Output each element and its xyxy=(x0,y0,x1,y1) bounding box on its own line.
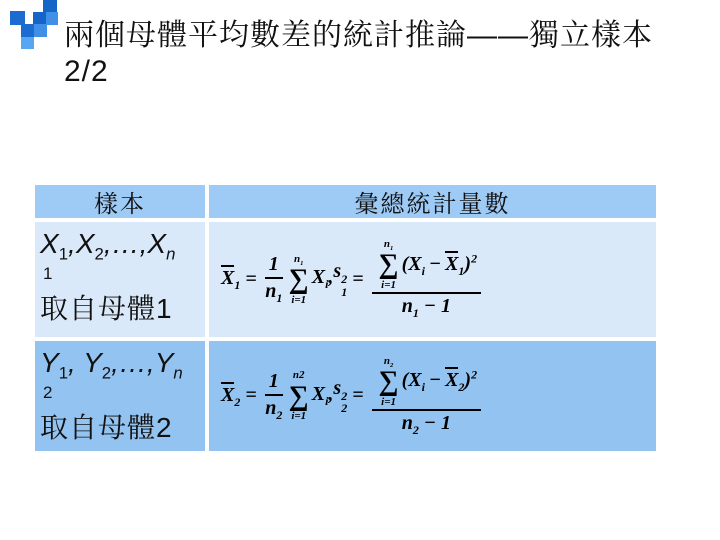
one-over-n-fraction: 1 n1 xyxy=(265,253,283,306)
logo-square xyxy=(34,24,47,37)
deviation-term: (Xi−X1)2 xyxy=(402,251,478,279)
summation-symbol: n2 ∑ i=1 xyxy=(289,369,309,422)
title-line-1: 兩個母體平均數差的統計推論——獨立樣本 xyxy=(64,18,684,54)
summation-symbol: n2 ∑ i=1 xyxy=(379,355,399,408)
equals-sign: = xyxy=(245,384,256,407)
formula-cell-population2: X2 = 1 n2 n2 ∑ i=1 Xi, s22 = n2 xyxy=(209,341,656,451)
variance-fraction: n1 ∑ i=1 (Xi−X1)2 n1 − 1 xyxy=(372,238,481,321)
slide-title: 兩個母體平均數差的統計推論——獨立樣本 2/2 xyxy=(64,18,684,90)
equals-sign: = xyxy=(245,268,256,291)
xi-term: Xi, xyxy=(312,266,334,292)
variance-fraction: n2 ∑ i=1 (Xi−X2)2 n2 − 1 xyxy=(372,355,481,438)
sample-origin: 取自母體1 xyxy=(40,287,203,327)
formula-cell-population1: X1 = 1 n1 n1 ∑ i=1 Xi, s21 = n1 xyxy=(209,222,656,337)
slide-logo xyxy=(0,0,62,52)
sample-variance-symbol: s22 xyxy=(333,377,347,415)
summation-symbol: n1 ∑ i=1 xyxy=(289,253,309,306)
equals-sign: = xyxy=(352,268,363,291)
slide: 兩個母體平均數差的統計推論——獨立樣本 2/2 樣本 彙總統計量數 X1,X2,… xyxy=(0,0,720,540)
xbar-symbol: X2 xyxy=(221,382,240,410)
sample-variance-symbol: s21 xyxy=(333,260,347,298)
sample-origin: 取自母體2 xyxy=(40,406,203,446)
logo-square xyxy=(10,11,25,25)
wrapped-subscript: 1 xyxy=(43,265,203,284)
equals-sign: = xyxy=(352,384,363,407)
title-line-2: 2/2 xyxy=(64,54,684,90)
deviation-term: (Xi−X2)2 xyxy=(402,367,478,395)
xi-term: Xi, xyxy=(312,383,334,409)
sample-cell-population2: Y1, Y2,…,Yn 2 取自母體2 xyxy=(35,341,205,451)
stats-table: 樣本 彙總統計量數 X1,X2,…,Xn 1 取自母體1 X1 = 1 n1 n… xyxy=(35,185,656,451)
sample-sequence: Y1, Y2,…,Yn xyxy=(40,347,203,383)
summation-symbol: n1 ∑ i=1 xyxy=(379,238,399,291)
logo-square xyxy=(21,37,34,49)
one-over-n-fraction: 1 n2 xyxy=(265,370,283,423)
logo-square xyxy=(21,24,34,37)
header-cell-summary: 彙總統計量數 xyxy=(209,185,656,218)
mean-variance-formula: X1 = 1 n1 n1 ∑ i=1 Xi, s21 = n1 xyxy=(221,238,484,321)
mean-variance-formula: X2 = 1 n2 n2 ∑ i=1 Xi, s22 = n2 xyxy=(221,355,484,438)
sample-cell-population1: X1,X2,…,Xn 1 取自母體1 xyxy=(35,222,205,337)
header-cell-sample: 樣本 xyxy=(35,185,205,218)
sample-sequence: X1,X2,…,Xn xyxy=(40,228,203,264)
wrapped-subscript: 2 xyxy=(43,384,203,403)
xbar-symbol: X1 xyxy=(221,265,240,293)
logo-square xyxy=(46,12,58,25)
